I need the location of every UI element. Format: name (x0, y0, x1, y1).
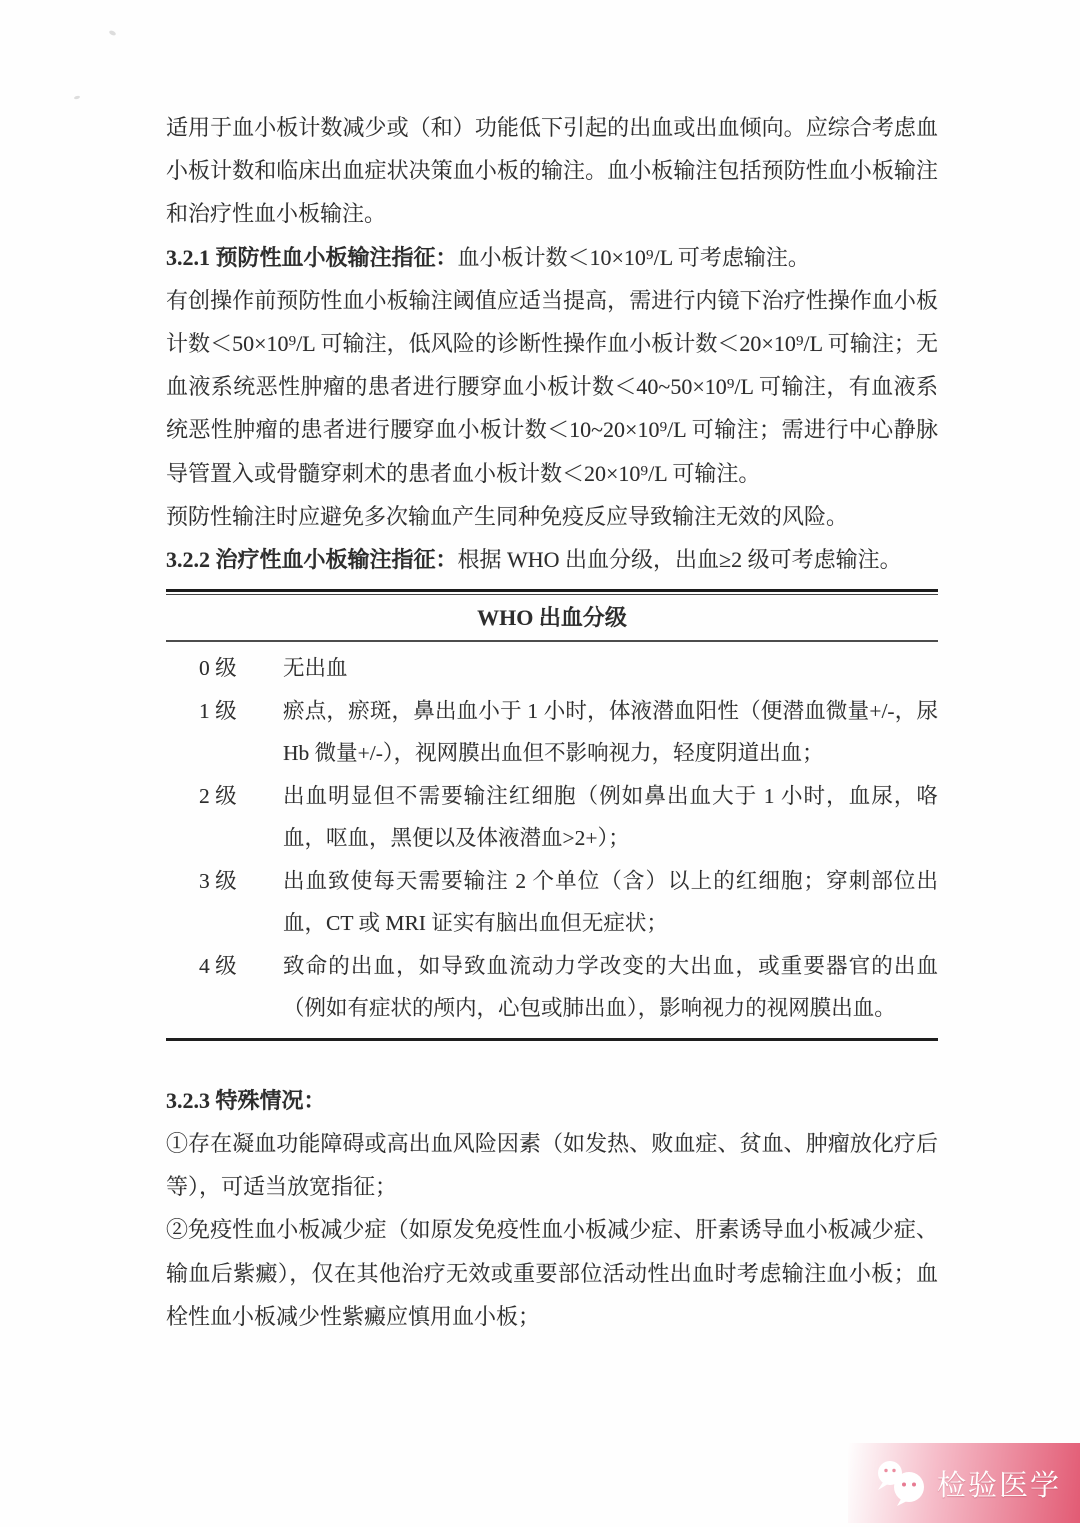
section-3-2-2-heading: 3.2.2 治疗性血小板输注指征： (166, 547, 458, 572)
special-case-1: ①存在凝血功能障碍或高出血风险因素（如发热、败血症、贫血、肿瘤放化疗后等），可适… (166, 1122, 938, 1208)
table-body: 0 级 无出血 1 级 瘀点，瘀斑，鼻出血小于 1 小时，体液潜血阳性（便潜血微… (166, 642, 938, 1038)
table-row: 4 级 致命的出血，如导致血流动力学改变的大出血，或重要器官的出血（例如有症状的… (166, 945, 938, 1030)
who-bleeding-grade-table: WHO 出血分级 0 级 无出血 1 级 瘀点，瘀斑，鼻出血小于 1 小时，体液… (166, 589, 938, 1041)
table-title: WHO 出血分级 (166, 595, 938, 642)
table-top-rule (166, 589, 938, 592)
scan-artifact (74, 95, 81, 99)
wechat-watermark-badge: 检验医学 (848, 1443, 1080, 1523)
grade-cell: 0 级 (166, 647, 283, 690)
section-3-2-1-text: 血小板计数＜10×10⁹/L 可考虑输注。 (458, 245, 810, 270)
table-row: 1 级 瘀点，瘀斑，鼻出血小于 1 小时，体液潜血阳性（便潜血微量+/-，尿 H… (166, 690, 938, 775)
section-3-2-1: 3.2.1 预防性血小板输注指征：血小板计数＜10×10⁹/L 可考虑输注。 (166, 236, 938, 279)
special-case-2: ②免疫性血小板减少症（如原发免疫性血小板减少症、肝素诱导血小板减少症、输血后紫癜… (166, 1208, 938, 1338)
description-cell: 出血致使每天需要输注 2 个单位（含）以上的红细胞；穿刺部位出血，CT 或 MR… (283, 860, 938, 945)
section-3-2-1-heading: 3.2.1 预防性血小板输注指征： (166, 245, 458, 270)
table-row: 0 级 无出血 (166, 647, 938, 690)
description-cell: 无出血 (283, 647, 938, 690)
grade-cell: 1 级 (166, 690, 283, 775)
paragraph-intro: 适用于血小板计数减少或（和）功能低下引起的出血或出血倾向。应综合考虑血小板计数和… (166, 106, 938, 236)
document-content: 适用于血小板计数减少或（和）功能低下引起的出血或出血倾向。应综合考虑血小板计数和… (166, 106, 938, 1338)
watermark-text: 检验医学 (937, 1463, 1061, 1504)
section-3-2-3-heading: 3.2.3 特殊情况： (166, 1079, 938, 1122)
grade-cell: 2 级 (166, 775, 283, 860)
paragraph-thresholds: 有创操作前预防性血小板输注阈值应适当提高，需进行内镜下治疗性操作血小板计数＜50… (166, 279, 938, 495)
section-3-2-2: 3.2.2 治疗性血小板输注指征：根据 WHO 出血分级，出血≥2 级可考虑输注… (166, 538, 938, 581)
wechat-icon (874, 1459, 930, 1507)
document-page: 适用于血小板计数减少或（和）功能低下引起的出血或出血倾向。应综合考虑血小板计数和… (0, 0, 1080, 1527)
scan-artifact (108, 30, 116, 37)
description-cell: 出血明显但不需要输注红细胞（例如鼻出血大于 1 小时，血尿，咯血，呕血，黑便以及… (283, 775, 938, 860)
description-cell: 致命的出血，如导致血流动力学改变的大出血，或重要器官的出血（例如有症状的颅内，心… (283, 945, 938, 1030)
section-3-2-2-text: 根据 WHO 出血分级，出血≥2 级可考虑输注。 (458, 547, 902, 572)
paragraph-risk: 预防性输注时应避免多次输血产生同种免疫反应导致输注无效的风险。 (166, 495, 938, 538)
table-row: 3 级 出血致使每天需要输注 2 个单位（含）以上的红细胞；穿刺部位出血，CT … (166, 860, 938, 945)
description-cell: 瘀点，瘀斑，鼻出血小于 1 小时，体液潜血阳性（便潜血微量+/-，尿 Hb 微量… (283, 690, 938, 775)
grade-cell: 3 级 (166, 860, 283, 945)
table-row: 2 级 出血明显但不需要输注红细胞（例如鼻出血大于 1 小时，血尿，咯血，呕血，… (166, 775, 938, 860)
grade-cell: 4 级 (166, 945, 283, 1030)
